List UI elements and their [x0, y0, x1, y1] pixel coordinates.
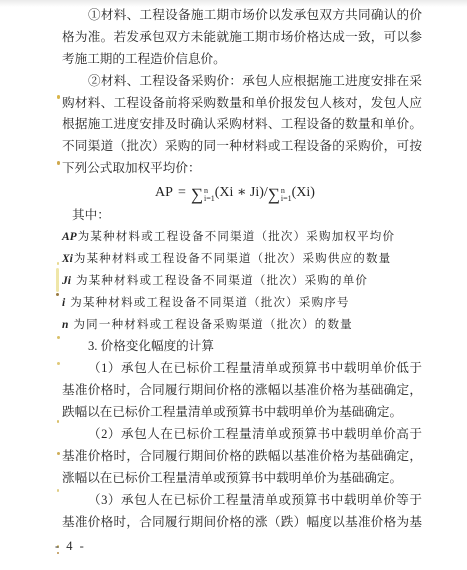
- scan-speckle: [57, 489, 59, 492]
- formula-denominator: (Xi): [292, 185, 315, 200]
- text-line: 基准价格时，合同履行期间价格的跌幅以基准价格为基础确定，: [62, 446, 422, 468]
- footer-page-number: - 4 -: [55, 539, 86, 554]
- sum-lower-limit: i=1: [204, 195, 215, 203]
- text-line: （1）承包人在已标价工程量清单或预算书中载明单价低于: [62, 358, 422, 380]
- sum-lower-limit: i=1: [281, 195, 292, 203]
- text-line: ①材料、工程设备施工期市场价以发承包双方共同确认的价: [62, 5, 422, 27]
- document-page: ①材料、工程设备施工期市场价以发承包双方共同确认的价格为准。若发承包双方未能就施…: [0, 0, 467, 570]
- text-line: 格为准。若发承包双方未能就施工期市场价格达成一致，可以参: [62, 27, 422, 49]
- scan-speckle: [57, 95, 60, 99]
- formula-variable: Ji: [62, 275, 71, 287]
- summation-symbol: ∑ni=1: [191, 186, 215, 203]
- scan-speckle: [57, 452, 60, 455]
- formula-variable: Xi: [62, 253, 73, 265]
- text-line: （3）承包人在已标价工程量清单或预算书中载明单价等于: [62, 490, 422, 512]
- text-line: （2）承包人在已标价工程量清单或预算书中载明单价高于: [62, 424, 422, 446]
- formula-lhs: AP: [155, 185, 173, 200]
- text-line: 不同渠道（批次）采购的同一种材料或工程设备的采购价，可按: [62, 136, 422, 158]
- text-line: AP为某种材料或工程设备不同渠道（批次）采购加权平均价: [62, 227, 422, 249]
- scan-speckle: [57, 161, 60, 165]
- text-column: ①材料、工程设备施工期市场价以发承包双方共同确认的价格为准。若发承包双方未能就施…: [62, 5, 422, 533]
- scan-speckle: [56, 268, 59, 292]
- formula-variable: n: [62, 319, 68, 331]
- text-line: 涨幅以在已标价工程量清单或预算书中载明单价为基础确定。: [62, 468, 422, 490]
- weighted-average-formula: AP=∑ni=1(Xi ∗ Ji)/∑ni=1(Xi): [62, 180, 422, 205]
- text-line: 下列公式取加权平均价：: [62, 158, 422, 180]
- text-line: 基准价格时，合同履行期间价格的涨（跌）幅度以基准价格为基: [62, 512, 422, 534]
- text-line: i 为某种材料或工程设备不同渠道（批次）采购序号: [62, 293, 422, 315]
- text-line: 跌幅以在已标价工程量清单或预算书中载明单价为基础确定。: [62, 402, 422, 424]
- text-line: Xi为某种材料或工程设备不同渠道（批次）采购供应的数量: [62, 249, 422, 271]
- text-line: 根据施工进度安排及时确认采购材料、工程设备的数量和单价。: [62, 114, 422, 136]
- text-line: 考施工期的工程造价信息价。: [62, 49, 422, 71]
- scan-speckle: [57, 336, 60, 339]
- text-line: 3. 价格变化幅度的计算: [62, 336, 422, 358]
- formula-variable: i: [62, 297, 65, 309]
- text-line: Ji 为某种材料或工程设备不同渠道（批次）采购的单价: [62, 271, 422, 293]
- formula-numerator: (Xi ∗ Ji): [215, 185, 264, 200]
- scan-speckle: [57, 420, 59, 423]
- text-line: n 为同一种材料或工程设备采购渠道（批次）的数量: [62, 315, 422, 337]
- summation-symbol: ∑ni=1: [268, 186, 292, 203]
- equals-sign: =: [178, 185, 186, 200]
- scan-speckle: [56, 293, 59, 296]
- text-line: 购材料、工程设备前将采购数量和单价报发包人核对，发包人应: [62, 93, 422, 115]
- text-line: ②材料、工程设备采购价：承包人应根据施工进度安排在采: [62, 71, 422, 93]
- text-line: 其中：: [62, 205, 422, 227]
- scan-speckle: [57, 362, 60, 365]
- text-line: 基准价格时，合同履行期间价格的涨幅以基准价格为基础确定，: [62, 380, 422, 402]
- scan-speckle: [57, 262, 59, 265]
- formula-variable: AP: [62, 231, 77, 243]
